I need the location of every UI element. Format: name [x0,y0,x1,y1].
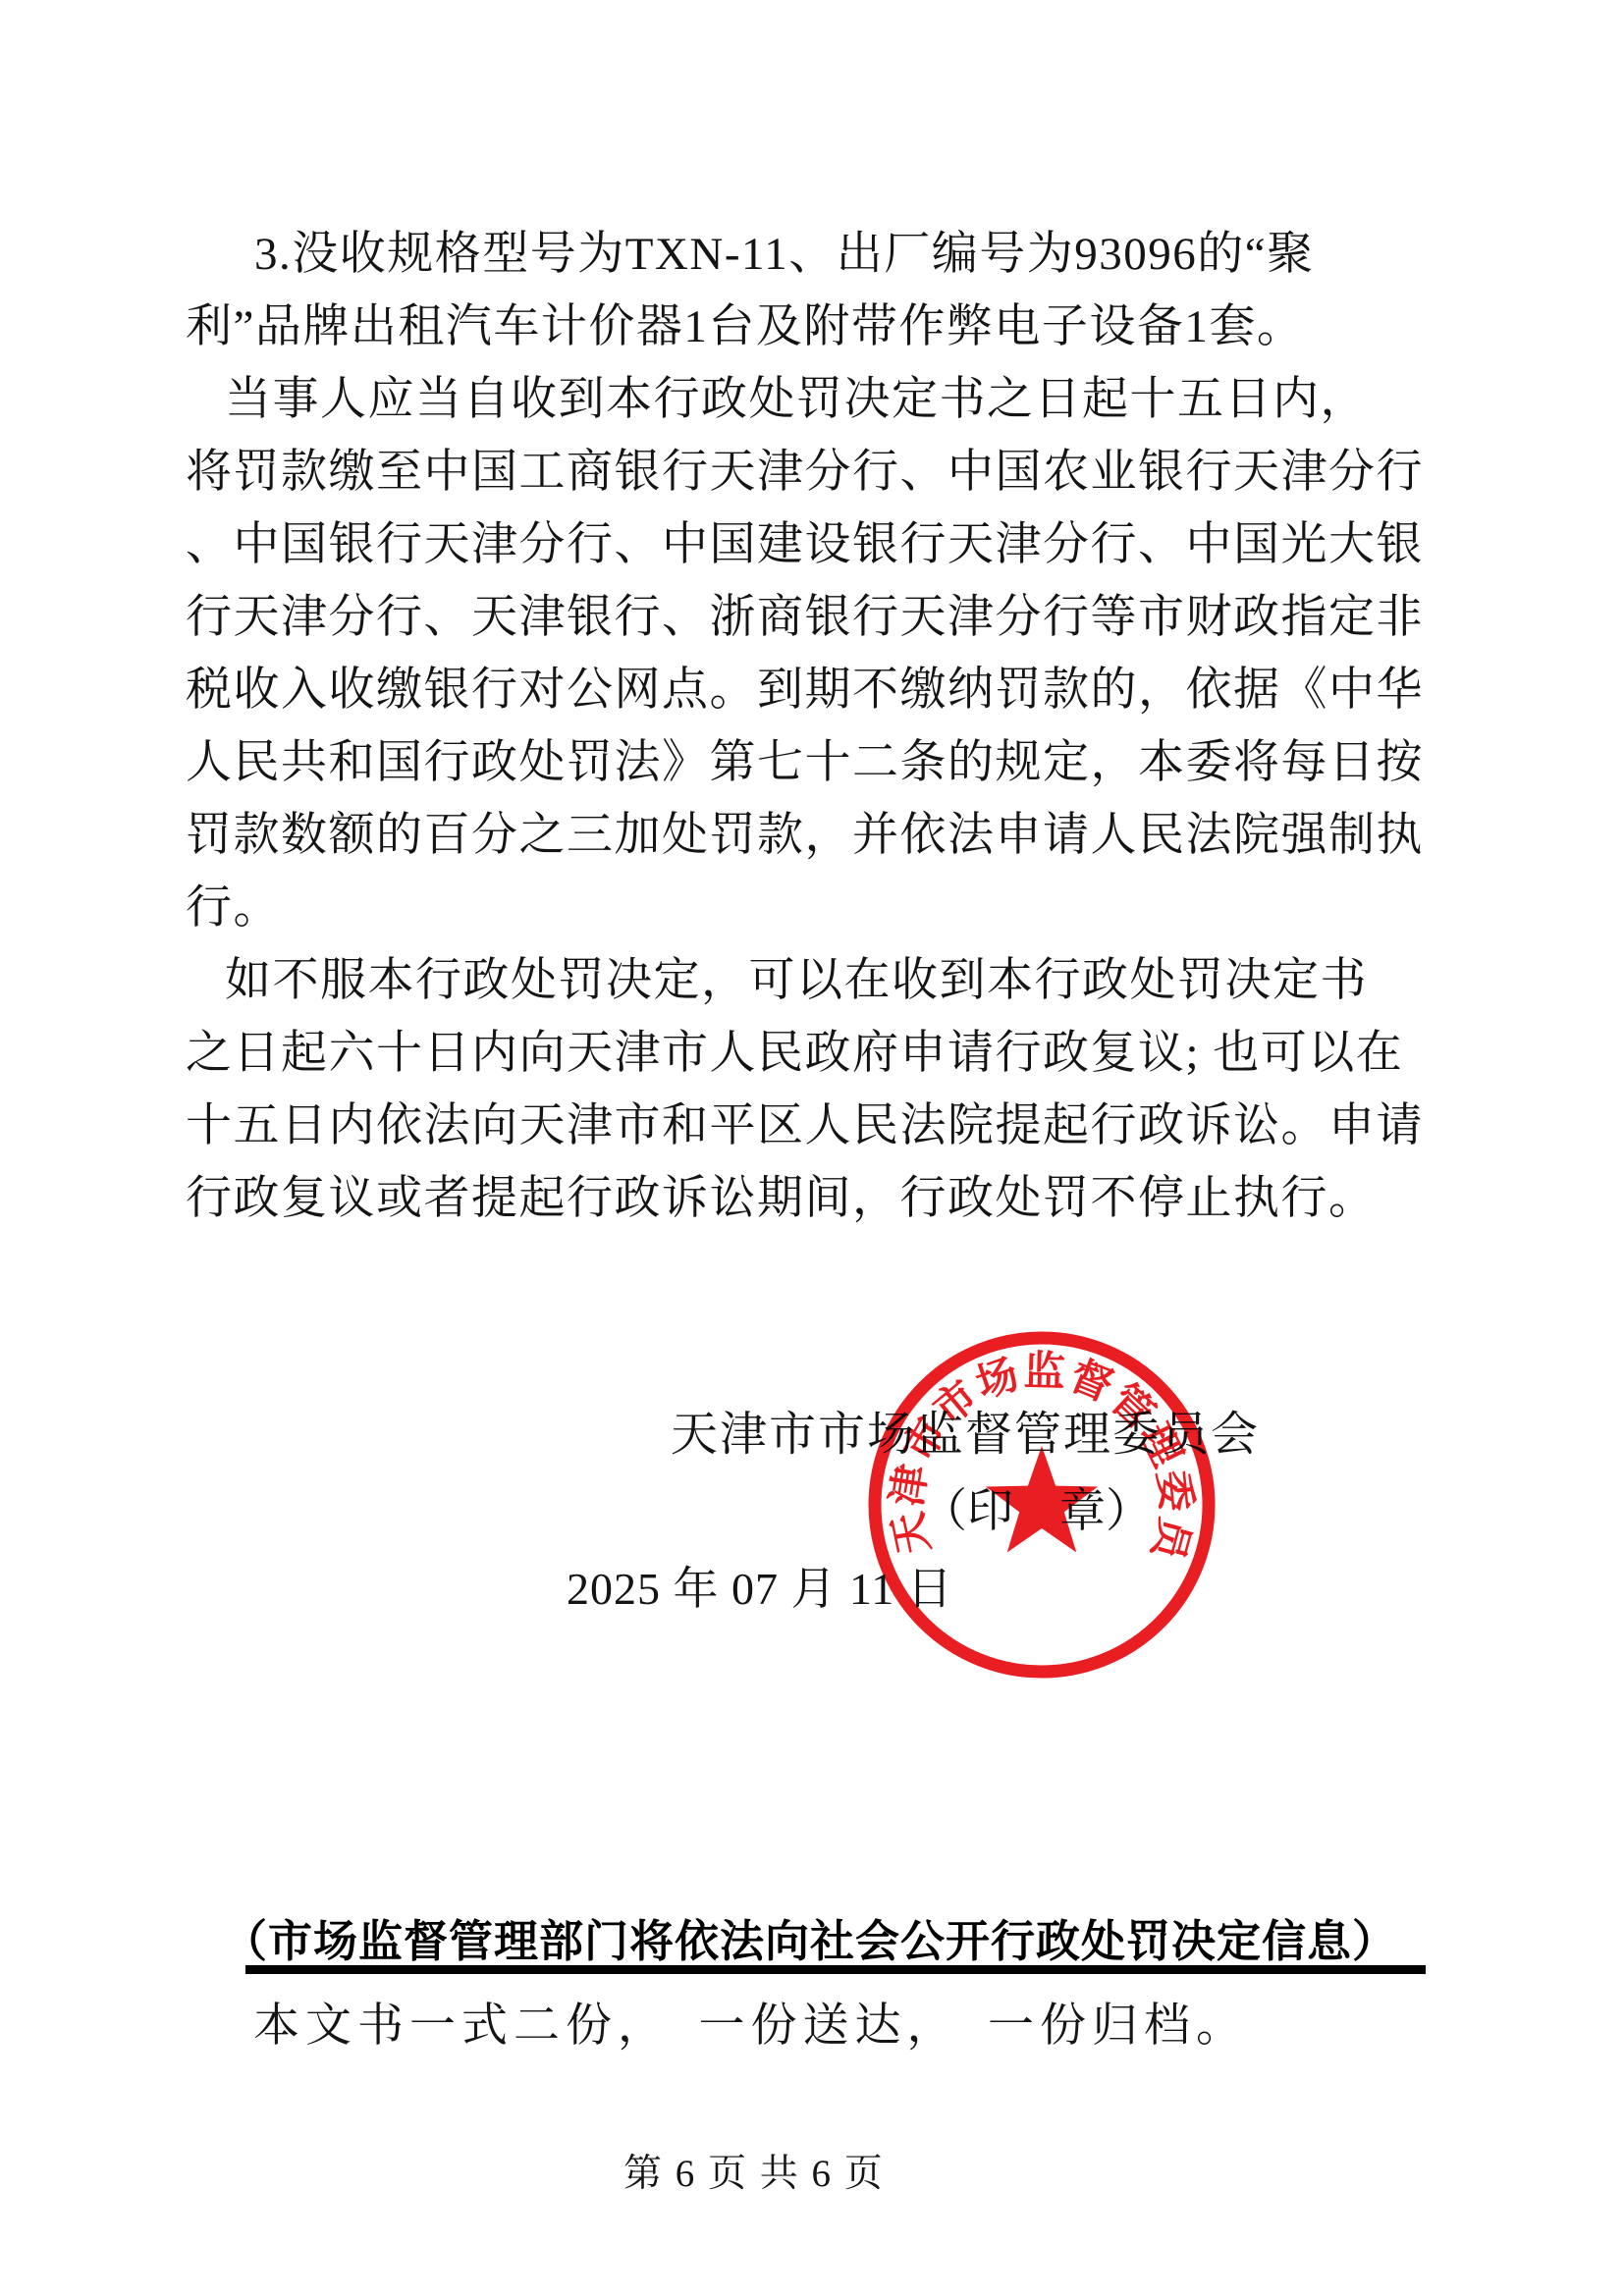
body-line: 行。 [186,872,1447,944]
copies-note: 本文书一式二份， 一份送达， 一份归档。 [253,1989,1248,2055]
star-icon [986,1446,1098,1553]
body-lines: 3.没收规格型号为TXN-11、出厂编号为93096的“聚利”品牌出租汽车计价器… [186,218,1447,1235]
body-line: 十五日内依法向天津市和平区人民法院提起行政诉讼。申请 [186,1090,1447,1162]
public-disclosure-notice: （市场监督管理部门将依法向社会公开行政处罚决定信息） [223,1905,1397,1969]
body-line: 3.没收规格型号为TXN-11、出厂编号为93096的“聚 [186,218,1447,291]
page-number-footer: 第 6 页 共 6 页 [623,2143,885,2198]
document-page: 3.没收规格型号为TXN-11、出厂编号为93096的“聚利”品牌出租汽车计价器… [0,0,1624,2296]
body-line: 罚款数额的百分之三加处罚款，并依法申请人民法院强制执 [186,799,1447,872]
body-line: 当事人应当自收到本行政处罚决定书之日起十五日内， [186,363,1447,436]
body-line: 将罚款缴至中国工商银行天津分行、中国农业银行天津分行 [186,436,1447,508]
divider-rule [245,1965,1426,1974]
body-line: 行政复议或者提起行政诉讼期间，行政处罚不停止执行。 [186,1162,1447,1235]
body-line: 税收入收缴银行对公网点。到期不缴纳罚款的，依据《中华 [186,654,1447,726]
body-line: 行天津分行、天津银行、浙商银行天津分行等市财政指定非 [186,581,1447,654]
body-line: 人民共和国行政处罚法》第七十二条的规定，本委将每日按 [186,726,1447,799]
body-line: 、中国银行天津分行、中国建设银行天津分行、中国光大银 [186,508,1447,581]
body-line: 利”品牌出租汽车计价器1台及附带作弊电子设备1套。 [186,291,1447,363]
body-line: 如不服本行政处罚决定，可以在收到本行政处罚决定书 [186,944,1447,1017]
official-seal-stamp: 天津市市场监督管理委员会 [856,1317,1227,1688]
body-line: 之日起六十日内向天津市人民政府申请行政复议; 也可以在 [186,1017,1447,1090]
